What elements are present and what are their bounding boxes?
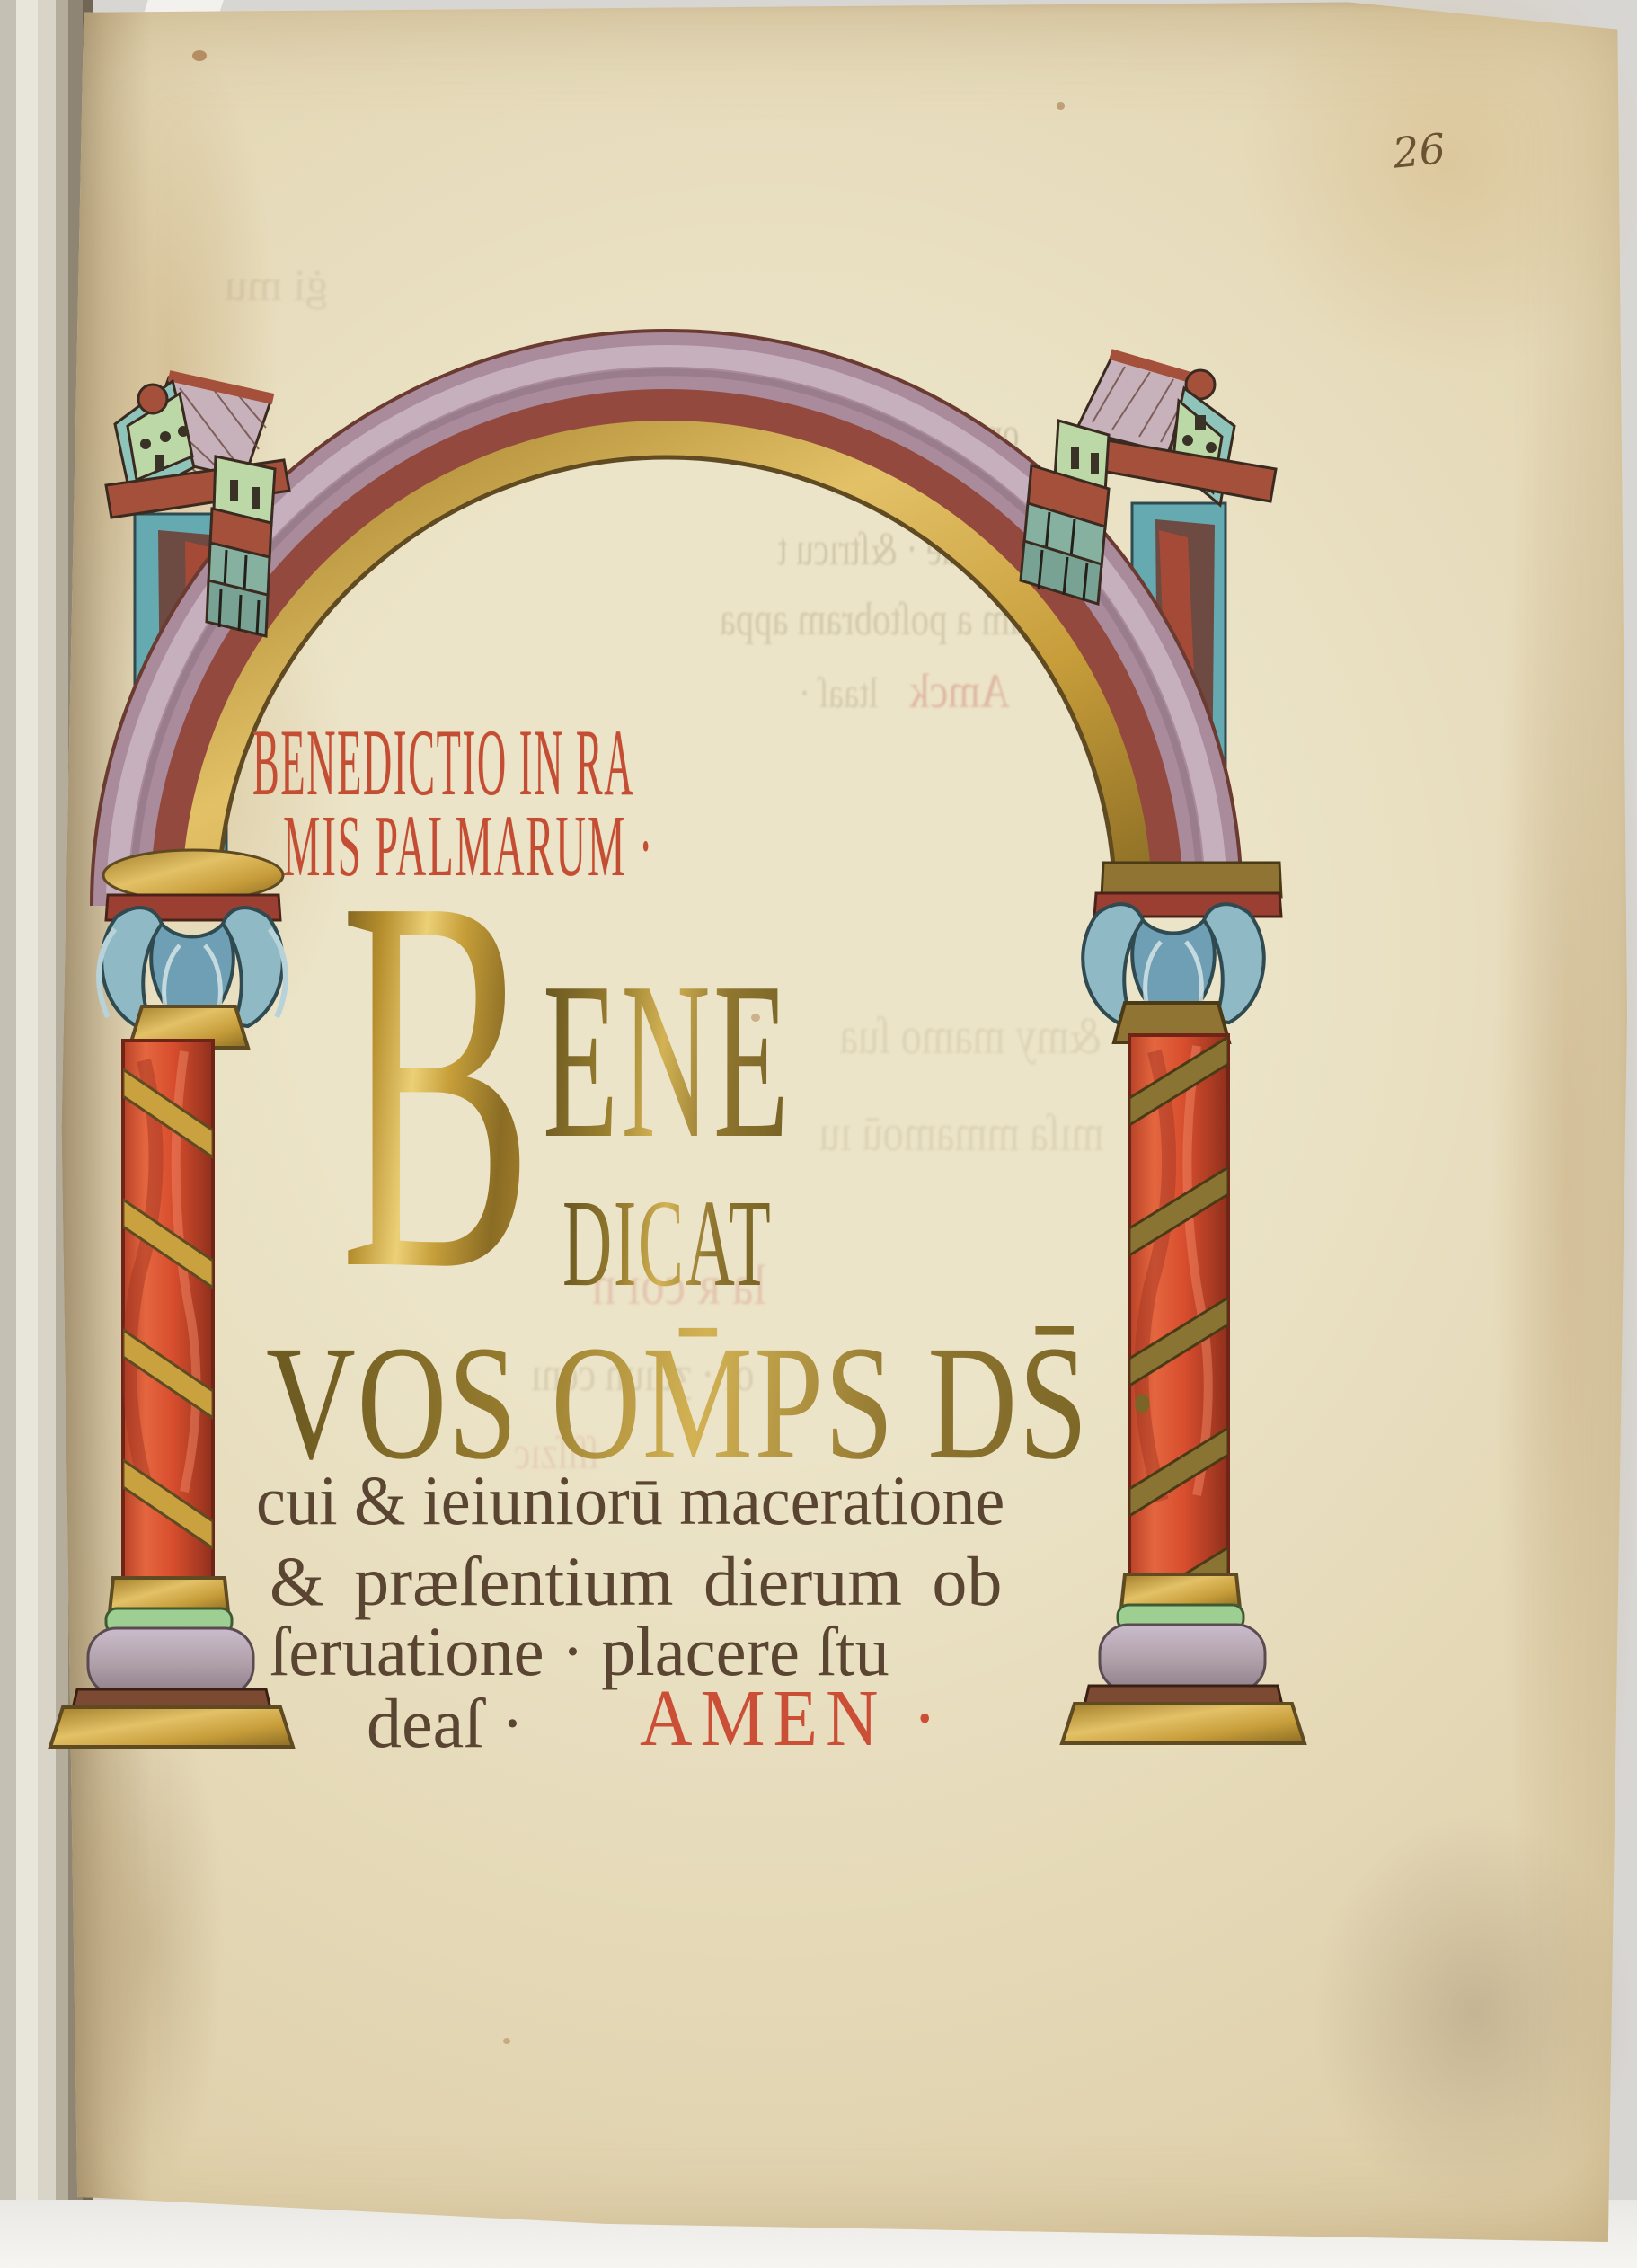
arch-illustration xyxy=(0,0,1637,2268)
right-column-base xyxy=(1062,1574,1305,1743)
left-column-shaft xyxy=(123,1041,213,1583)
illuminated-initial-B: B xyxy=(340,813,534,1352)
left-column-base xyxy=(50,1578,293,1747)
manuscript-photo: { "palette": { "photo_bg": "#d8d6d3", "p… xyxy=(0,0,1637,2268)
folio-number: 26 xyxy=(1391,128,1447,174)
left-capital xyxy=(99,850,286,1048)
amen-word: AMEN · xyxy=(640,1679,945,1759)
display-word-dicat: DICAT xyxy=(562,1182,772,1307)
right-capital xyxy=(1083,863,1281,1042)
body-line-2: & præſentium dierum ob xyxy=(270,1546,1002,1617)
display-word-ene: ENE xyxy=(543,949,792,1174)
body-line-4: deaſ · xyxy=(367,1688,524,1759)
body-line-1: cui & ieiuniorū maceratione xyxy=(256,1466,1004,1536)
